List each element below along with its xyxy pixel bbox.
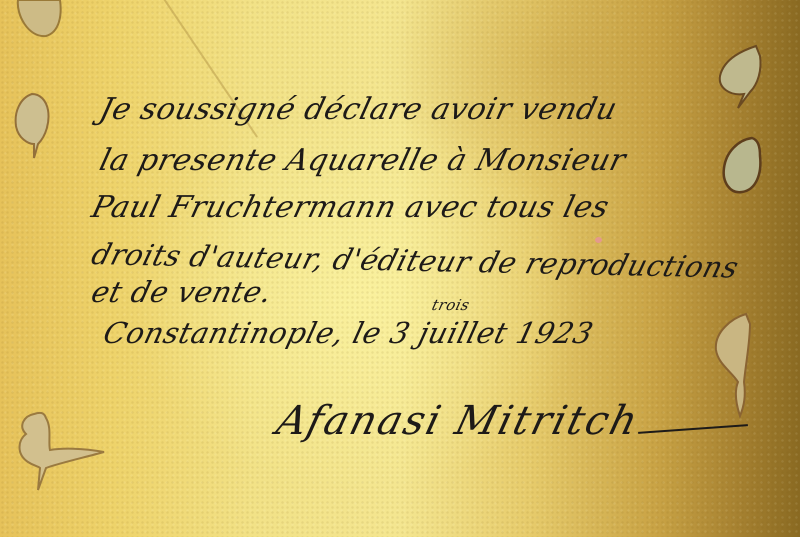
text-line-1: Je soussigné déclare avoir vendu xyxy=(96,92,621,127)
stain-bottom-left xyxy=(12,410,112,495)
ink-spot xyxy=(595,237,602,243)
stain-left-middle xyxy=(12,92,52,162)
stain-right-top xyxy=(716,44,766,112)
stain-right-middle xyxy=(716,134,766,200)
date-insertion: trois xyxy=(430,296,472,314)
date-line: Constantinople, le 3 juillet 1923 xyxy=(100,316,597,350)
text-line-3: Paul Fruchtermann avec tous les xyxy=(88,190,613,225)
stain-right-bottom xyxy=(710,312,760,422)
signature: Afanasi Mitritch xyxy=(272,398,644,444)
document-page: Je soussigné déclare avoir vendu la pres… xyxy=(0,0,800,537)
text-line-2: la presente Aquarelle à Monsieur xyxy=(96,143,629,178)
text-line-5: et de vente. xyxy=(88,275,276,309)
stain-top-left xyxy=(14,0,64,40)
